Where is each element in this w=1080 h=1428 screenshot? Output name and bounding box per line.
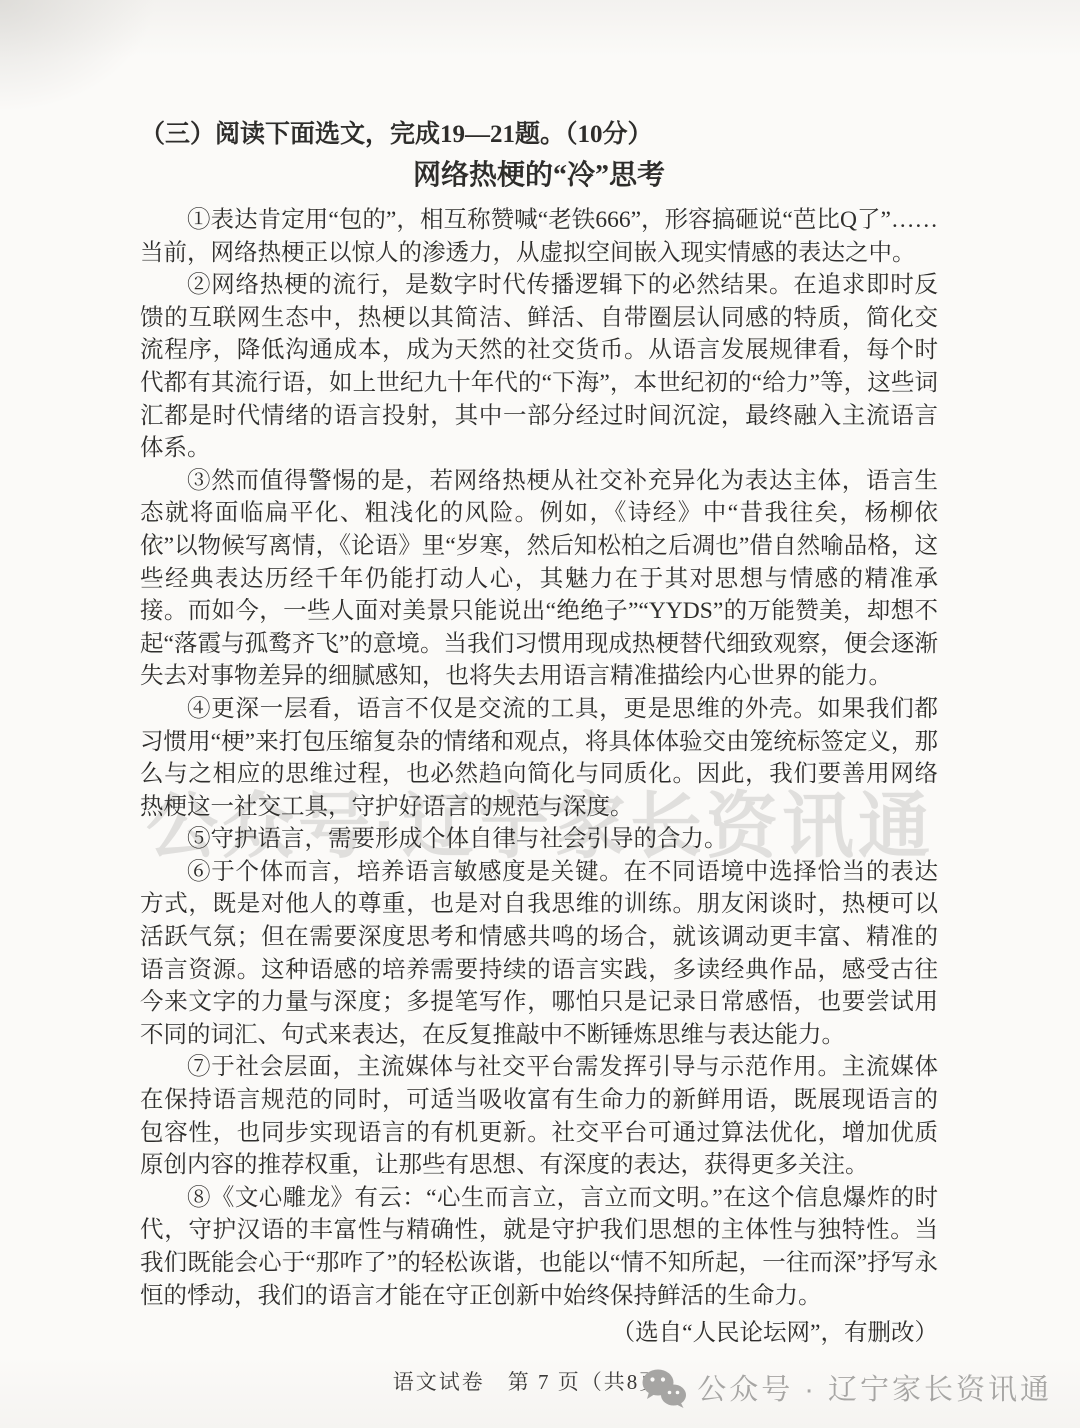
- paragraph-1: ①表达肯定用“包的”，相互称赞喊“老铁666”，形容搞砸说“芭比Q了”……当前，…: [140, 204, 938, 269]
- paragraph-2: ②网络热梗的流行，是数字时代传播逻辑下的必然结果。在追求即时反馈的互联网生态中，…: [140, 269, 938, 465]
- article-title: 网络热梗的“冷”思考: [140, 158, 938, 194]
- paragraph-3: ③然而值得警惕的是，若网络热梗从社交补充异化为表达主体，语言生态就将面临扁平化、…: [140, 465, 938, 693]
- exam-article: （三）阅读下面选文，完成19—21题。（10分） 网络热梗的“冷”思考 ①表达肯…: [140, 118, 938, 1396]
- paragraph-4: ④更深一层看，语言不仅是交流的工具，更是思维的外壳。如果我们都习惯用“梗”来打包…: [140, 693, 938, 823]
- paragraph-8: ⑧《文心雕龙》有云：“心生而言立，言立而文明。”在这个信息爆炸的时代，守护汉语的…: [140, 1182, 938, 1312]
- section-header: （三）阅读下面选文，完成19—21题。（10分）: [140, 118, 938, 152]
- paragraph-5: ⑤守护语言，需要形成个体自律与社会引导的合力。: [140, 823, 938, 856]
- paragraph-6: ⑥于个体而言，培养语言敏感度是关键。在不同语境中选择恰当的表达方式，既是对他人的…: [140, 856, 938, 1052]
- bottom-watermark-text: 公众号 · 辽宁家长资讯通: [697, 1367, 1052, 1408]
- source-attribution: （选自“人民论坛网”，有删改）: [140, 1316, 938, 1350]
- wechat-icon: [641, 1368, 687, 1408]
- paragraph-7: ⑦于社会层面，主流媒体与社交平台需发挥引导与示范作用。主流媒体在保持语言规范的同…: [140, 1051, 938, 1181]
- bottom-watermark: 公众号 · 辽宁家长资讯通: [641, 1367, 1052, 1408]
